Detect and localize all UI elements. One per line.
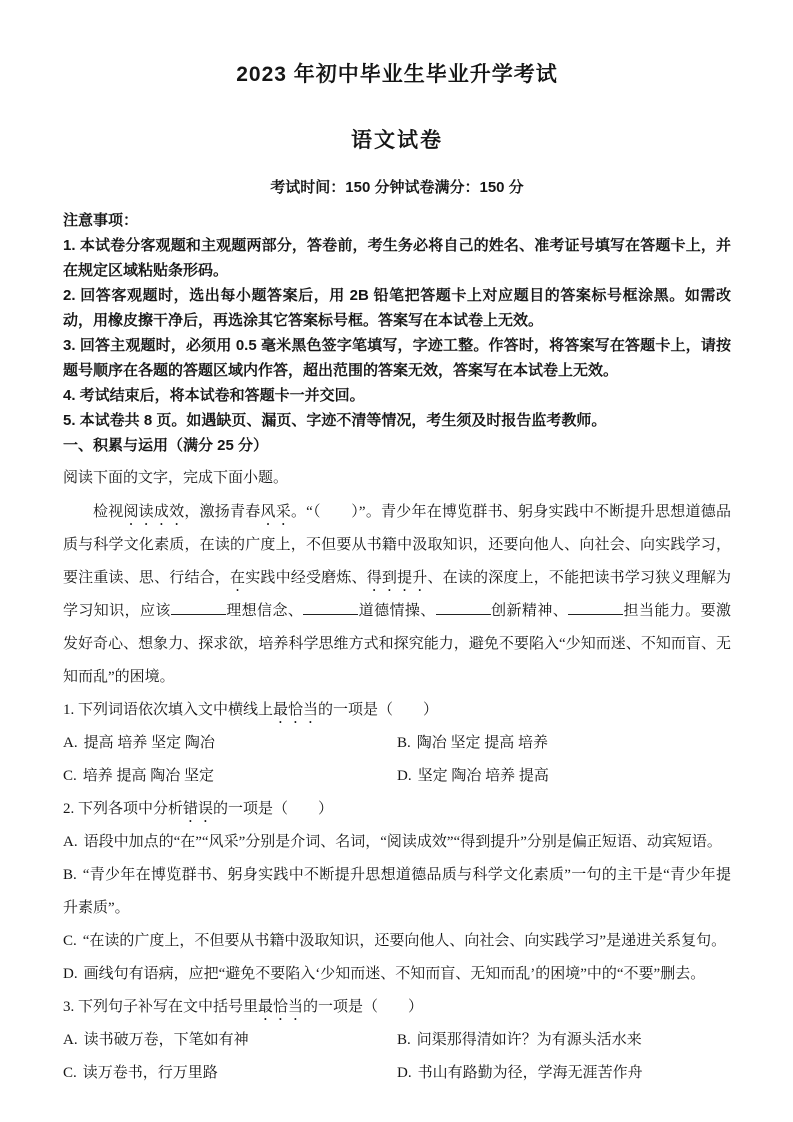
emphasized-text: 最恰当 [273,702,318,718]
question: 2. 下列各项中分析错误的一项是（ ）A.语段中加点的“在”“风采”分别是介词、… [63,793,731,991]
notice-heading: 注意事项： [63,208,731,233]
option-label: A. [63,1032,78,1048]
text-segment: 实践中经受磨炼、 [245,570,366,586]
option-text: 培养 提高 陶冶 坚定 [83,768,214,784]
option: A.语段中加点的“在”“风采”分别是介词、名词，“阅读成效”“得到提升”分别是偏… [63,826,731,859]
option-text: 读书破万卷，下笔如有神 [84,1032,249,1048]
text-segment: ，激扬青春 [184,504,260,520]
option-text: 提高 培养 坚定 陶冶 [84,735,215,751]
question: 1. 下列词语依次填入文中横线上最恰当的一项是（ ）A.提高 培养 坚定 陶冶B… [63,694,731,793]
blank-line [436,601,491,615]
option-label: D. [63,966,78,982]
option: D.画线句有语病，应把“避免不要陷入‘少知而迷、不知而盲、无知而乱’的困境”中的… [63,958,731,991]
exam-subtitle: 语文试卷 [63,128,731,154]
option-text: “在读的广度上，不但要从书籍中汲取知识，还要向他人、向社会、向实践学习”是递进关… [83,933,726,949]
question: 3. 下列句子补写在文中括号里最恰当的一项是（ ）A.读书破万卷，下笔如有神B.… [63,991,731,1090]
option: C.“在读的广度上，不但要从书籍中汲取知识，还要向他人、向社会、向实践学习”是递… [63,925,731,958]
option-text: 问渠那得清如许？为有源头活水来 [417,1032,642,1048]
option-text: 语段中加点的“在”“风采”分别是介词、名词，“阅读成效”“得到提升”分别是偏正短… [84,834,722,850]
emphasized-text: 最恰当 [258,999,303,1015]
text-segment: 检视 [93,504,123,520]
notice-section: 注意事项： 1. 本试卷分客观题和主观题两部分，答卷前，考生务必将自己的姓名、准… [63,208,731,458]
option: C.培养 提高 陶冶 坚定 [63,760,397,793]
option-label: B. [397,1032,411,1048]
option-label: D. [397,1065,412,1081]
option-label: A. [63,735,78,751]
text-segment: 的一项是（ ） [213,801,333,817]
option: D.坚定 陶冶 培养 提高 [397,760,731,793]
exam-title: 2023 年初中毕业生毕业升学考试 [63,62,731,88]
text-segment: 的一项是（ ） [318,702,438,718]
option: C.读万卷书，行万里路 [63,1057,397,1090]
blank-line [568,601,623,615]
question-stem: 2. 下列各项中分析错误的一项是（ ） [63,793,731,826]
option-label: B. [63,867,77,883]
blank-line [171,601,226,615]
notice-item: 4. 考试结束后，将本试卷和答题卡一并交回。 [63,383,731,408]
option-text: 陶冶 坚定 提高 培养 [417,735,548,751]
notice-item: 1. 本试卷分客观题和主观题两部分，答卷前，考生务必将自己的姓名、准考证号填写在… [63,233,731,283]
option: B.问渠那得清如许？为有源头活水来 [397,1024,731,1057]
option-label: C. [63,1065,77,1081]
text-segment: 创新精神、 [491,603,568,619]
option-text: 坚定 陶冶 培养 提高 [418,768,549,784]
notice-list: 1. 本试卷分客观题和主观题两部分，答卷前，考生务必将自己的姓名、准考证号填写在… [63,233,731,433]
option-text: 画线句有语病，应把“避免不要陷入‘少知而迷、不知而盲、无知而乱’的困境”中的“不… [84,966,706,982]
text-segment: 2. 下列各项中分析 [63,801,183,817]
text-segment: 理想信念、 [226,603,303,619]
emphasized-text: 风采 [260,504,290,520]
option-label: C. [63,768,77,784]
option: A.提高 培养 坚定 陶冶 [63,727,397,760]
option-label: C. [63,933,77,949]
question-stem: 3. 下列句子补写在文中括号里最恰当的一项是（ ） [63,991,731,1024]
option: D.书山有路勤为径，学海无涯苦作舟 [397,1057,731,1090]
emphasized-text: 得到提升 [367,570,428,586]
emphasized-text: 在 [230,570,245,586]
passage: 检视阅读成效，激扬青春风采。“（ ）”。青少年在博览群书、躬身实践中不断提升思想… [63,496,731,694]
notice-item: 5. 本试卷共 8 页。如遇缺页、漏页、字迹不清等情况，考生须及时报告监考教师。 [63,408,731,433]
text-segment: 的一项是（ ） [303,999,423,1015]
option-label: B. [397,735,411,751]
options: A.提高 培养 坚定 陶冶B.陶冶 坚定 提高 培养C.培养 提高 陶冶 坚定D… [63,727,731,793]
blank-line [303,601,358,615]
option-text: “青少年在博览群书、躬身实践中不断提升思想道德品质与科学文化素质”一句的主干是“… [63,867,731,916]
text-segment: 3. 下列句子补写在文中括号里 [63,999,258,1015]
notice-item: 3. 回答主观题时，必须用 0.5 毫米黑色签字笔填写，字迹工整。作答时，将答案… [63,333,731,383]
option: B.陶冶 坚定 提高 培养 [397,727,731,760]
options: A.语段中加点的“在”“风采”分别是介词、名词，“阅读成效”“得到提升”分别是偏… [63,826,731,991]
option-label: D. [397,768,412,784]
emphasized-text: 错误 [183,801,213,817]
question-stem: 1. 下列词语依次填入文中横线上最恰当的一项是（ ） [63,694,731,727]
notice-item: 2. 回答客观题时，选出每小题答案后，用 2B 铅笔把答题卡上对应题目的答案标号… [63,283,731,333]
option: A.读书破万卷，下笔如有神 [63,1024,397,1057]
emphasized-text: 阅读成效 [123,504,184,520]
option-text: 读万卷书，行万里路 [83,1065,218,1081]
options: A.读书破万卷，下笔如有神B.问渠那得清如许？为有源头活水来C.读万卷书，行万里… [63,1024,731,1090]
text-segment: 1. 下列词语依次填入文中横线上 [63,702,273,718]
option: B.“青少年在博览群书、躬身实践中不断提升思想道德品质与科学文化素质”一句的主干… [63,859,731,925]
section-heading: 一、积累与运用（满分 25 分） [63,433,731,458]
option-text: 书山有路勤为径，学海无涯苦作舟 [418,1065,643,1081]
exam-info: 考试时间：150 分钟试卷满分：150 分 [63,178,731,197]
text-segment: 道德情操、 [358,603,435,619]
questions: 1. 下列词语依次填入文中横线上最恰当的一项是（ ）A.提高 培养 坚定 陶冶B… [63,694,731,1090]
option-label: A. [63,834,78,850]
document-page: 2023 年初中毕业生毕业升学考试 语文试卷 考试时间：150 分钟试卷满分：1… [0,0,793,1122]
passage-intro: 阅读下面的文字，完成下面小题。 [63,466,731,491]
